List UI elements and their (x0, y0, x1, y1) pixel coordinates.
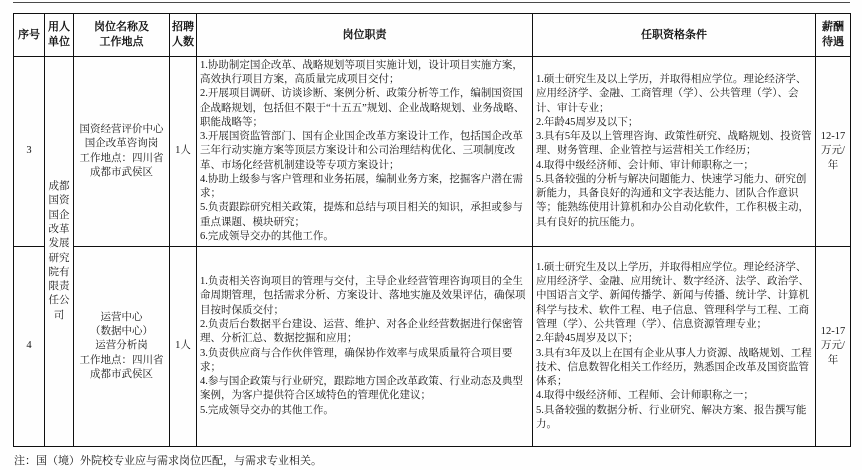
headcount-cell: 1人 (170, 57, 197, 247)
seq-cell: 3 (14, 57, 45, 247)
header-position: 岗位名称及工作地点 (74, 14, 170, 57)
header-headcount: 招聘人数 (170, 14, 197, 57)
headcount-cell: 1人 (170, 247, 197, 447)
header-duties: 岗位职责 (197, 14, 533, 57)
document-page: 序号 用人单位 岗位名称及工作地点 招聘人数 岗位职责 任职资格条件 薪酬待遇 … (0, 0, 862, 470)
employer-cell: 成都国资国企改革发展研究院有限责任公司 (45, 57, 74, 447)
page-top-rule (13, 2, 850, 3)
qualifications-cell: 1.硕士研究生及以上学历，并取得相应学位。理论经济学、应用经济学、金融、应用统计… (533, 247, 816, 447)
table-header-row: 序号 用人单位 岗位名称及工作地点 招聘人数 岗位职责 任职资格条件 薪酬待遇 (14, 14, 851, 57)
header-employer: 用人单位 (45, 14, 74, 57)
footnote: 注：国（境）外院校专业应与需求岗位匹配，与需求专业相关。 (14, 452, 322, 468)
header-seq: 序号 (14, 14, 45, 57)
position-cell: 运营中心（数据中心）运营分析岗工作地点：四川省成都市武侯区 (74, 247, 170, 447)
seq-cell: 4 (14, 247, 45, 447)
duties-cell: 1.协助制定国企改革、战略规划等项目实施计划，设计项目实施方案，高效执行项目方案… (197, 57, 533, 247)
duties-cell: 1.负责相关咨询项目的管理与交付，主导企业经营管理咨询项目的全生命周期管理，包括… (197, 247, 533, 447)
qualifications-cell: 1.硕士研究生及以上学历，并取得相应学位。理论经济学、应用经济学、金融、工商管理… (533, 57, 816, 247)
table-row: 3 成都国资国企改革发展研究院有限责任公司 国资经营评价中心国企改革咨询岗工作地… (14, 57, 851, 247)
recruitment-table: 序号 用人单位 岗位名称及工作地点 招聘人数 岗位职责 任职资格条件 薪酬待遇 … (13, 13, 851, 447)
table-row: 4 运营中心（数据中心）运营分析岗工作地点：四川省成都市武侯区 1人 1.负责相… (14, 247, 851, 447)
position-cell: 国资经营评价中心国企改革咨询岗工作地点：四川省成都市武侯区 (74, 57, 170, 247)
header-qualifications: 任职资格条件 (533, 14, 816, 57)
header-salary: 薪酬待遇 (816, 14, 851, 57)
salary-cell: 12-17万元/年 (816, 247, 851, 447)
salary-cell: 12-17万元/年 (816, 57, 851, 247)
